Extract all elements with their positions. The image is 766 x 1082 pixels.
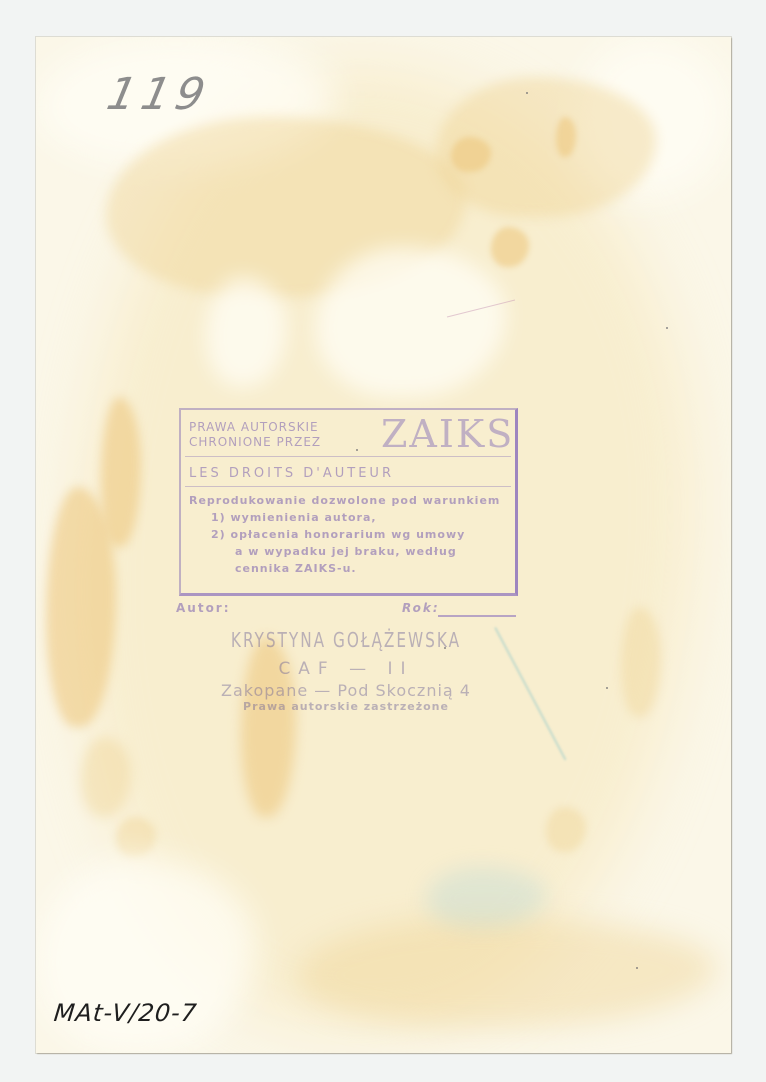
stain-bottom-left (116, 817, 156, 857)
clean-area-center-left (206, 277, 286, 387)
author-year-line: Autor: Rok: (176, 601, 526, 621)
rights-line-2: CHRONIONE PRZEZ (189, 435, 321, 450)
condition-2a: 2) opłacenia honorarium wg umowy (189, 526, 500, 543)
year-label: Rok: (402, 601, 440, 615)
clean-area-center (316, 247, 506, 397)
condition-2b: a w wypadku jej braku, według (189, 543, 500, 560)
stain-spot-1 (451, 137, 491, 172)
rights-reserved: Prawa autorskie zastrzeżone (156, 700, 536, 713)
condition-2c: cennika ZAIKS-u. (189, 560, 500, 577)
french-rights-line: LES DROITS D'AUTEUR (189, 466, 394, 481)
speck (666, 327, 668, 329)
stain-left-long (46, 487, 116, 727)
archive-reference: MAt-V/20-7 (53, 999, 199, 1027)
stain-top-center (106, 117, 466, 297)
photo-back-paper: 119 MAt-V/20-7 PRAWA AUTORSKIE CHRONIONE… (36, 37, 731, 1053)
pink-pencil-mark (447, 300, 515, 318)
conditions-intro: Reprodukowanie dozwolone pod warunkiem (189, 492, 500, 509)
stamp-divider (185, 456, 511, 457)
speck (526, 92, 528, 94)
pencil-number: 119 (103, 69, 216, 120)
year-blank-line (438, 615, 516, 617)
stain-spot-3 (556, 117, 576, 157)
author-label: Autor: (176, 601, 231, 615)
stain-bottom (296, 917, 716, 1027)
rights-text: PRAWA AUTORSKIE CHRONIONE PRZEZ (189, 420, 321, 450)
stain-top-right (436, 77, 656, 217)
stamp-divider (185, 486, 511, 487)
studio-name: KRYSTYNA GOŁĄŻEWSKA (156, 629, 536, 653)
studio-address: Zakopane — Pod Skocznią 4 (156, 681, 536, 700)
rights-line-1: PRAWA AUTORSKIE (189, 420, 321, 435)
zaiks-logo-text: ZAIKS (381, 412, 514, 456)
stain-spot-2 (491, 227, 529, 267)
studio-stamp: KRYSTYNA GOŁĄŻEWSKA CAF — II Zakopane — … (156, 631, 536, 713)
condition-1: 1) wymienienia autora, (189, 509, 500, 526)
stain-right-drip (621, 607, 661, 717)
stain-left-upper (101, 397, 141, 547)
blue-tint-bottom (426, 867, 546, 927)
reproduction-conditions: Reprodukowanie dozwolone pod warunkiem 1… (189, 492, 500, 577)
stain-right-spot (546, 807, 586, 852)
speck (636, 967, 638, 969)
clean-area-top-right (576, 37, 731, 197)
copyright-stamp: PRAWA AUTORSKIE CHRONIONE PRZEZ ZAIKS LE… (179, 408, 518, 596)
studio-agency: CAF — II (156, 659, 536, 679)
stain-left-lower (81, 737, 131, 817)
speck (606, 687, 608, 689)
scanned-document: 119 MAt-V/20-7 PRAWA AUTORSKIE CHRONIONE… (0, 0, 766, 1082)
